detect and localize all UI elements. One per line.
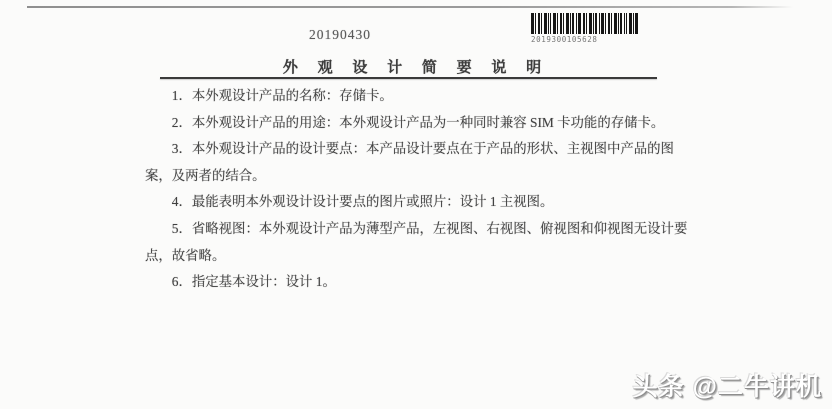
document-date: 20190430: [309, 27, 371, 43]
brief-item-6: 6．指定基本设计：设计 1。: [145, 269, 692, 296]
scanned-patent-page: 20190430: [0, 0, 832, 409]
barcode-number: 2019300105628: [531, 35, 641, 44]
barcode-block: 2019300105628: [531, 13, 641, 44]
document-title: 外 观 设 计 简 要 说 明: [0, 56, 832, 77]
page-top-edge-line: [27, 6, 793, 8]
barcode-image: [531, 13, 638, 34]
brief-item-5: 5．省略视图：本外观设计产品为薄型产品，左视图、右视图、俯视图和仰视图无设计要点…: [145, 216, 692, 269]
brief-item-2: 2．本外观设计产品的用途：本外观设计产品为一种同时兼容 SIM 卡功能的存储卡。: [145, 110, 692, 137]
document-body: 1．本外观设计产品的名称：存储卡。 2．本外观设计产品的用途：本外观设计产品为一…: [145, 83, 692, 296]
title-underline: [160, 77, 657, 79]
toutiao-watermark: 头条 @二牛讲机: [633, 367, 822, 403]
brief-item-4: 4．最能表明本外观设计设计要点的图片或照片：设计 1 主视图。: [145, 189, 692, 216]
brief-item-3: 3．本外观设计产品的设计要点：本产品设计要点在于产品的形状、主视图中产品的图案，…: [145, 136, 692, 189]
brief-item-1: 1．本外观设计产品的名称：存储卡。: [145, 83, 692, 110]
